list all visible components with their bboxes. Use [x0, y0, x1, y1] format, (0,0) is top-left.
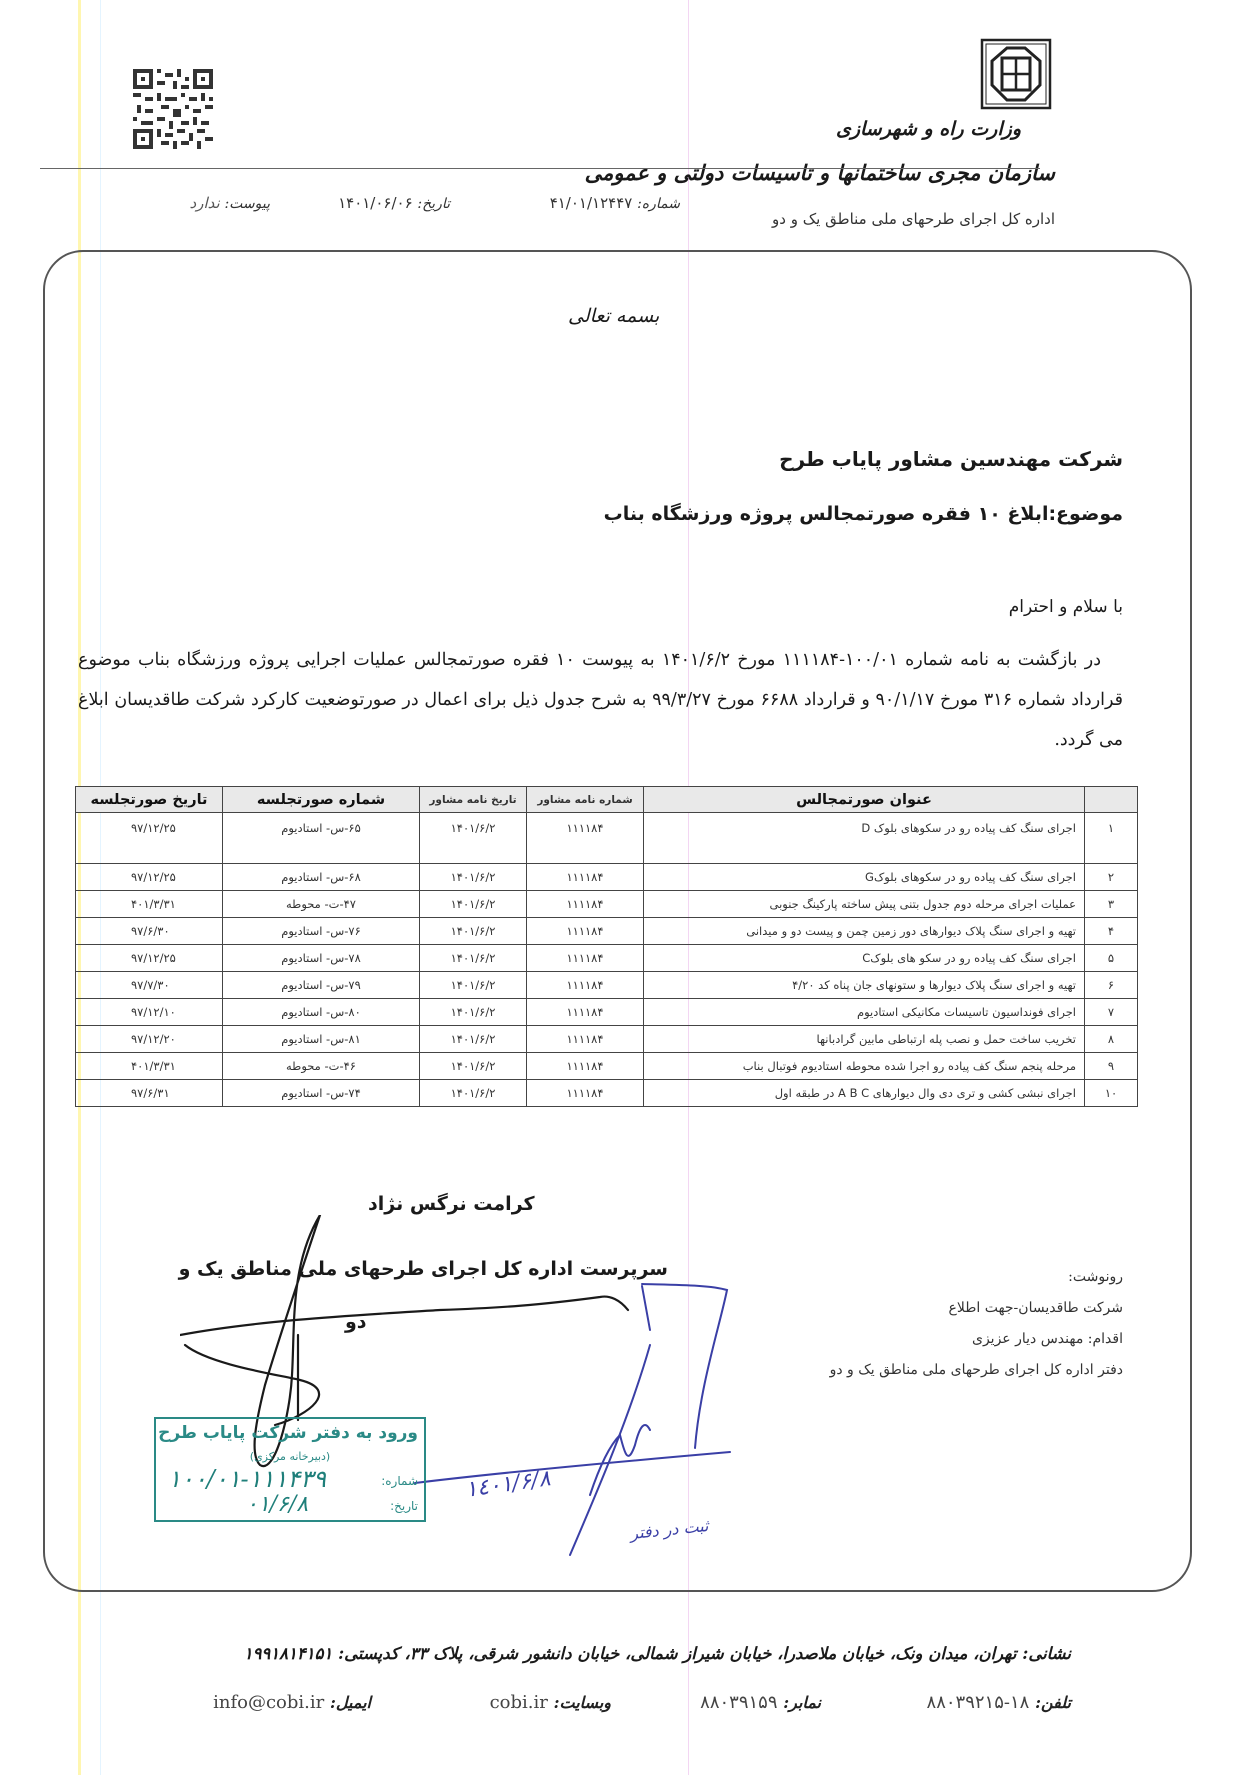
title-cell: اجرای نبشی کشی و تری دی وال دیوارهای A B…: [644, 1080, 1085, 1107]
department-name: اداره کل اجرای طرحهای ملی مناطق یک و دو: [772, 210, 1055, 228]
title-cell: اجرای فونداسیون تاسیسات مکانیکی استادیوم: [644, 999, 1085, 1026]
minutes-no-cell: ۴۷-ت- محوطه: [223, 891, 420, 918]
ministry-name: وزارت راه و شهرسازی: [836, 118, 1021, 140]
table-row: ۴تهیه و اجرای سنگ پلاک دیوارهای دور زمین…: [76, 918, 1138, 945]
consultant-letter-date-cell: ۱۴۰۱/۶/۲: [420, 945, 527, 972]
title-cell: اجرای سنگ کف پیاده رو در سکو های بلوکC: [644, 945, 1085, 972]
consultant-letter-no-cell: ۱۱۱۱۸۴: [527, 1026, 644, 1053]
letter-body: در بازگشت به نامه شماره ۱۰۰/۰۱-۱۱۱۱۸۴ مو…: [78, 640, 1123, 760]
signer-name: کرامت نرگس نژاد: [368, 1193, 535, 1215]
minutes-date-cell: ۹۷/۶/۳۱: [76, 1080, 223, 1107]
recipient: شرکت مهندسین مشاور پایاب طرح: [779, 447, 1123, 471]
consultant-letter-no-cell: ۱۱۱۱۸۴: [527, 999, 644, 1026]
carbon-copy-list: رونوشت: شرکت طاقدیسان-جهت اطلاع اقدام: م…: [830, 1262, 1123, 1386]
consultant-letter-date-cell: ۱۴۰۱/۶/۲: [420, 1053, 527, 1080]
cc-item: شرکت طاقدیسان-جهت اطلاع: [830, 1293, 1123, 1324]
minutes-date-cell: ۹۷/۱۲/۲۵: [76, 945, 223, 972]
title-cell: تهیه و اجرای سنگ پلاک دیوارها و ستونهای …: [644, 972, 1085, 999]
minutes-no-cell: ۷۹-س- استادیوم: [223, 972, 420, 999]
consultant-letter-no-cell: ۱۱۱۱۸۴: [527, 864, 644, 891]
table-row: ۵اجرای سنگ کف پیاده رو در سکو های بلوکC۱…: [76, 945, 1138, 972]
minutes-date-cell: ۴۰۱/۳/۳۱: [76, 1053, 223, 1080]
consultant-letter-date-cell: ۱۴۰۱/۶/۲: [420, 918, 527, 945]
stamp-date-label: تاریخ:: [390, 1499, 418, 1513]
basmala: بسمه تعالی: [568, 305, 659, 327]
consultant-letter-no-cell: ۱۱۱۱۸۴: [527, 918, 644, 945]
consultant-letter-date-cell: ۱۴۰۱/۶/۲: [420, 891, 527, 918]
minutes-date-cell: ۹۷/۶/۳۰: [76, 918, 223, 945]
title-cell: مرحله پنجم سنگ کف پیاده رو اجرا شده محوط…: [644, 1053, 1085, 1080]
col-consultant-letter-no: شماره نامه مشاور: [527, 787, 644, 813]
minutes-no-cell: ۸۰-س- استادیوم: [223, 999, 420, 1026]
consultant-letter-date-cell: ۱۴۰۱/۶/۲: [420, 1026, 527, 1053]
table-header-row: عنوان صورتمجالس شماره نامه مشاور تاریخ ن…: [76, 787, 1138, 813]
stamp-title: ورود به دفتر شرکت پایاب طرح: [158, 1423, 418, 1443]
letter-attachment: پیوست: ندارد: [190, 194, 270, 212]
consultant-letter-no-cell: ۱۱۱۱۸۴: [527, 945, 644, 972]
consultant-letter-date-cell: ۱۴۰۱/۶/۲: [420, 972, 527, 999]
col-title: عنوان صورتمجالس: [644, 787, 1085, 813]
minutes-no-cell: ۷۶-س- استادیوم: [223, 918, 420, 945]
col-minutes-no: شماره صورتجلسه: [223, 787, 420, 813]
consultant-letter-no-cell: ۱۱۱۱۸۴: [527, 891, 644, 918]
table-row: ۲اجرای سنگ کف پیاده رو در سکوهای بلوکG۱۱…: [76, 864, 1138, 891]
header-divider: [40, 168, 1040, 169]
minutes-date-cell: ۹۷/۱۲/۲۰: [76, 1026, 223, 1053]
row-number-cell: ۲: [1085, 864, 1138, 891]
footer-email[interactable]: ایمیل: info@cobi.ir: [213, 1692, 371, 1713]
table-row: ۷اجرای فونداسیون تاسیسات مکانیکی استادیو…: [76, 999, 1138, 1026]
title-cell: اجرای سنگ کف پیاده رو در سکوهای بلوک D: [644, 813, 1085, 864]
row-number-cell: ۹: [1085, 1053, 1138, 1080]
signer-title: سرپرست اداره کل اجرای طرحهای ملی مناطق ی…: [348, 1258, 668, 1280]
table-row: ۹مرحله پنجم سنگ کف پیاده رو اجرا شده محو…: [76, 1053, 1138, 1080]
minutes-date-cell: ۹۷/۱۲/۱۰: [76, 999, 223, 1026]
received-stamp: ورود به دفتر شرکت پایاب طرح (دبیرخانه مر…: [154, 1417, 426, 1522]
title-cell: تهیه و اجرای سنگ پلاک دیوارهای دور زمین …: [644, 918, 1085, 945]
letter-date: تاریخ: ۱۴۰۱/۰۶/۰۶: [338, 194, 450, 212]
consultant-letter-no-cell: ۱۱۱۱۸۴: [527, 1080, 644, 1107]
stamp-number: ۱۰۰/۰۱-۱۱۱۴۳۹: [168, 1465, 326, 1493]
footer-phone: تلفن: ۱۸-۸۸۰۳۹۲۱۵: [927, 1692, 1071, 1713]
title-cell: اجرای سنگ کف پیاده رو در سکوهای بلوکG: [644, 864, 1085, 891]
stamp-number-label: شماره:: [381, 1474, 418, 1488]
title-cell: تخریب ساخت حمل و نصب پله ارتباطی مابین گ…: [644, 1026, 1085, 1053]
col-minutes-date: تاریخ صورتجلسه: [76, 787, 223, 813]
footer-contact: تلفن: ۱۸-۸۸۰۳۹۲۱۵ نمابر: ۸۸۰۳۹۱۵۹ وبسایت…: [111, 1692, 1071, 1722]
col-row-number: [1085, 787, 1138, 813]
consultant-letter-no-cell: ۱۱۱۱۸۴: [527, 1053, 644, 1080]
stamp-date: ۰۱/۶/۸: [246, 1492, 308, 1517]
minutes-date-cell: ۹۷/۱۲/۲۵: [76, 813, 223, 864]
letter-number: شماره: ۴۱/۰۱/۱۲۴۴۷: [550, 194, 680, 212]
minutes-no-cell: ۸۱-س- استادیوم: [223, 1026, 420, 1053]
footer-fax: نمابر: ۸۸۰۳۹۱۵۹: [700, 1692, 821, 1713]
cc-label: رونوشت:: [830, 1262, 1123, 1293]
minutes-no-cell: ۴۶-ت- محوطه: [223, 1053, 420, 1080]
row-number-cell: ۱۰: [1085, 1080, 1138, 1107]
consultant-letter-date-cell: ۱۴۰۱/۶/۲: [420, 1080, 527, 1107]
title-cell: عملیات اجرای مرحله دوم جدول بتنی پیش ساخ…: [644, 891, 1085, 918]
row-number-cell: ۸: [1085, 1026, 1138, 1053]
table-row: ۱۰اجرای نبشی کشی و تری دی وال دیوارهای A…: [76, 1080, 1138, 1107]
consultant-letter-no-cell: ۱۱۱۱۸۴: [527, 813, 644, 864]
row-number-cell: ۳: [1085, 891, 1138, 918]
table-row: ۳عملیات اجرای مرحله دوم جدول بتنی پیش سا…: [76, 891, 1138, 918]
consultant-letter-date-cell: ۱۴۰۱/۶/۲: [420, 864, 527, 891]
row-number-cell: ۱: [1085, 813, 1138, 864]
minutes-no-cell: ۶۸-س- استادیوم: [223, 864, 420, 891]
consultant-letter-date-cell: ۱۴۰۱/۶/۲: [420, 999, 527, 1026]
table-row: ۸تخریب ساخت حمل و نصب پله ارتباطی مابین …: [76, 1026, 1138, 1053]
row-number-cell: ۷: [1085, 999, 1138, 1026]
letter-meta: شماره: ۴۱/۰۱/۱۲۴۴۷ تاریخ: ۱۴۰۱/۰۶/۰۶ پیو…: [120, 194, 680, 224]
row-number-cell: ۴: [1085, 918, 1138, 945]
minutes-table: عنوان صورتمجالس شماره نامه مشاور تاریخ ن…: [75, 786, 1138, 1107]
minutes-date-cell: ۴۰۱/۳/۳۱: [76, 891, 223, 918]
subject: موضوع:ابلاغ ۱۰ فقره صورتمجالس پروژه ورزش…: [604, 503, 1123, 525]
table-row: ۱اجرای سنگ کف پیاده رو در سکوهای بلوک D۱…: [76, 813, 1138, 864]
signer-title-continued: دو: [345, 1311, 367, 1333]
table-row: ۶تهیه و اجرای سنگ پلاک دیوارها و ستونهای…: [76, 972, 1138, 999]
row-number-cell: ۶: [1085, 972, 1138, 999]
minutes-date-cell: ۹۷/۱۲/۲۵: [76, 864, 223, 891]
stamp-subtitle: (دبیرخانه مرکزی): [156, 1450, 424, 1463]
footer-website[interactable]: وبسایت: cobi.ir: [490, 1692, 611, 1713]
row-number-cell: ۵: [1085, 945, 1138, 972]
organization-name: سازمان مجری ساختمانها و تاسیسات دولتی و …: [585, 160, 1055, 185]
consultant-letter-no-cell: ۱۱۱۱۸۴: [527, 972, 644, 999]
ministry-logo-icon: [980, 38, 1052, 110]
minutes-no-cell: ۶۵-س- استادیوم: [223, 813, 420, 864]
col-consultant-letter-date: تاریخ نامه مشاور: [420, 787, 527, 813]
qr-code-icon: [133, 68, 213, 150]
minutes-date-cell: ۹۷/۷/۳۰: [76, 972, 223, 999]
footer-address: نشانی: تهران، میدان ونک، خیابان ملاصدرا،…: [244, 1644, 1071, 1663]
minutes-no-cell: ۷۴-س- استادیوم: [223, 1080, 420, 1107]
cc-item: اقدام: مهندس دیار عزیزی: [830, 1324, 1123, 1355]
greeting: با سلام و احترام: [1009, 597, 1123, 617]
minutes-no-cell: ۷۸-س- استادیوم: [223, 945, 420, 972]
consultant-letter-date-cell: ۱۴۰۱/۶/۲: [420, 813, 527, 864]
cc-item: دفتر اداره کل اجرای طرحهای ملی مناطق یک …: [830, 1355, 1123, 1386]
